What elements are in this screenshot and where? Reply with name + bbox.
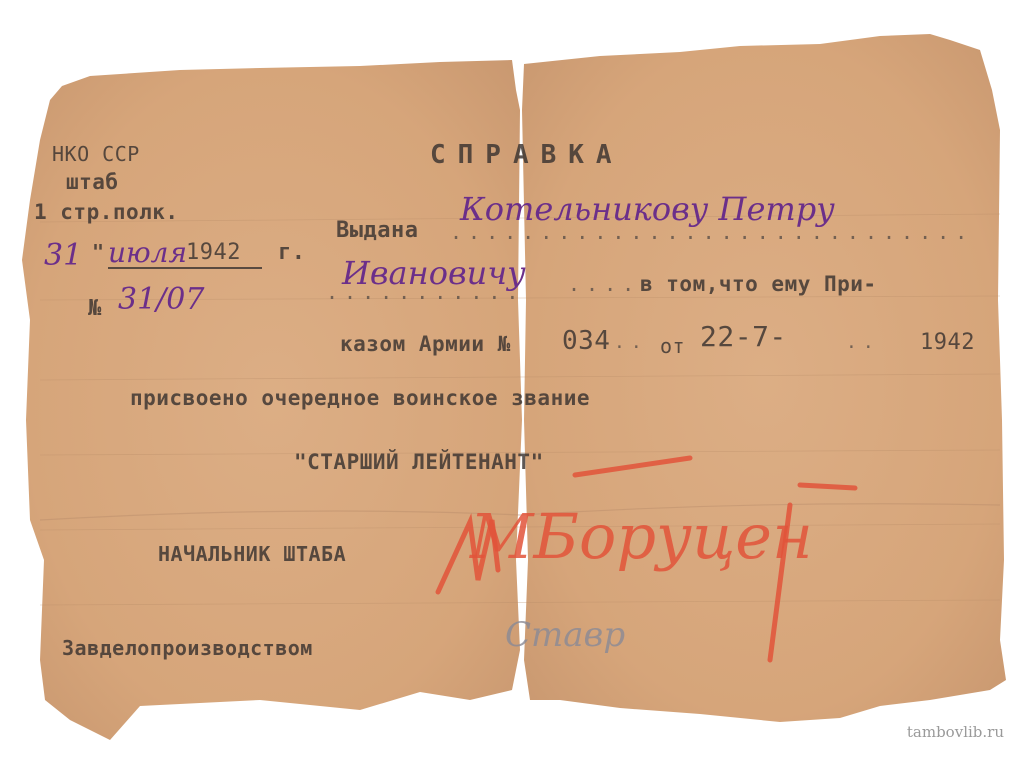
order-date: 22-7-: [700, 320, 787, 353]
order-number: 034: [562, 326, 610, 356]
recipient-line1: Котельникову Петру: [460, 190, 835, 228]
recipient-line2: Ивановичу: [342, 254, 526, 292]
number-label: №: [88, 296, 102, 321]
date-year: 1942: [186, 240, 241, 265]
chief-label: НАЧАЛЬНИК ШТАБА: [158, 542, 346, 566]
fill-dots: ..: [614, 332, 648, 353]
chief-signature: МБоруцен: [470, 500, 813, 573]
date-day: 31: [44, 238, 82, 273]
order-prefix: казом Армии №: [340, 332, 511, 356]
fill-dots: ..: [846, 332, 880, 353]
org-line3: 1 стр.полк.: [34, 200, 179, 224]
fill-dots: ....: [568, 272, 640, 296]
issued-label: Выдана: [336, 218, 418, 243]
number-value: 31/07: [118, 282, 204, 317]
order-from: от: [660, 334, 685, 358]
clerk-label: Завделопроизводством: [62, 636, 313, 660]
watermark: tambovlib.ru: [907, 723, 1004, 741]
body-line1: в том,что ему При-: [640, 272, 877, 296]
org-line2: штаб: [66, 170, 119, 194]
date-suffix: г.: [278, 240, 306, 265]
order-year: 1942: [920, 330, 975, 355]
date-quote: ": [92, 240, 105, 264]
body-line3: присвоено очередное воинское звание: [130, 386, 590, 410]
clerk-signature: Ставр: [505, 615, 625, 655]
org-line1: НКО ССР: [52, 142, 140, 166]
rank: "СТАРШИЙ ЛЕЙТЕНАНТ": [294, 450, 544, 474]
date-month: июля: [108, 236, 187, 269]
document-title: СПРАВКА: [430, 140, 624, 170]
